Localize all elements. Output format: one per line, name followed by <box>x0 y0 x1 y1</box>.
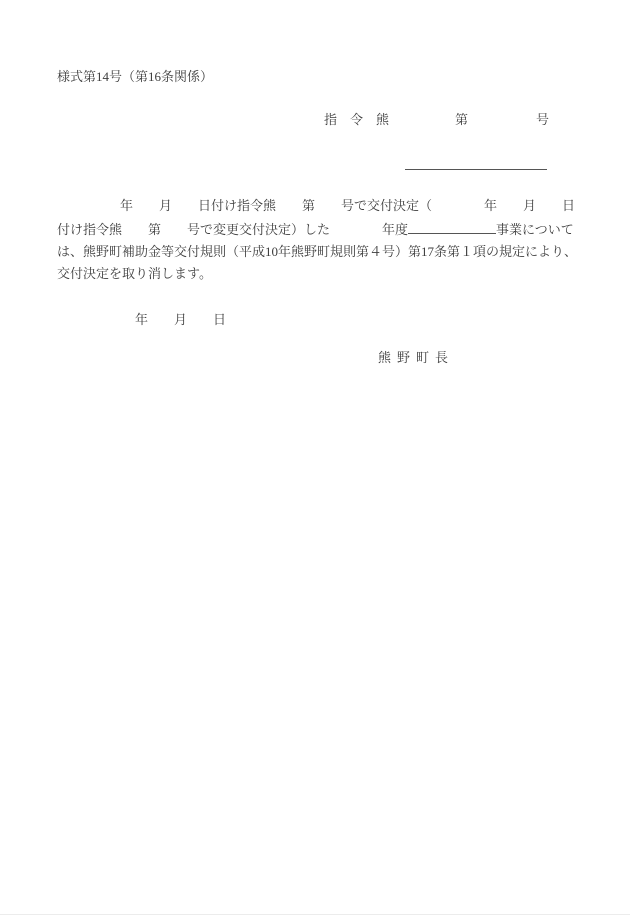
form-number-label: 様式第14号（第16条関係） <box>57 69 213 84</box>
recipient-blank-line <box>405 169 547 170</box>
date-line: 年 月 日 <box>135 312 226 327</box>
body-line-4: 交付決定を取り消します。 <box>57 266 212 281</box>
body-line-1: 年 月 日付け指令熊 第 号で交付決定（ 年 月 日 <box>120 198 575 213</box>
directive-number-suffix: 号 <box>536 112 549 127</box>
body-line-2: 付け指令熊 第 号で変更交付決定）した 年度事業について <box>57 221 574 237</box>
project-name-blank <box>408 221 496 234</box>
body-line-2-pre: 付け指令熊 第 号で変更交付決定）した 年度 <box>57 222 408 237</box>
signature-mayor: 熊野町長 <box>378 350 454 365</box>
directive-title: 指 令 熊 <box>324 112 389 127</box>
body-line-3: は、熊野町補助金等交付規則（平成10年熊野町規則第４号）第17条第１項の規定によ… <box>57 244 577 259</box>
body-line-2-post: 事業について <box>496 222 574 237</box>
directive-number-prefix: 第 <box>455 112 468 127</box>
document-page: 様式第14号（第16条関係） 指 令 熊 第 号 年 月 日付け指令熊 第 号で… <box>0 0 630 915</box>
